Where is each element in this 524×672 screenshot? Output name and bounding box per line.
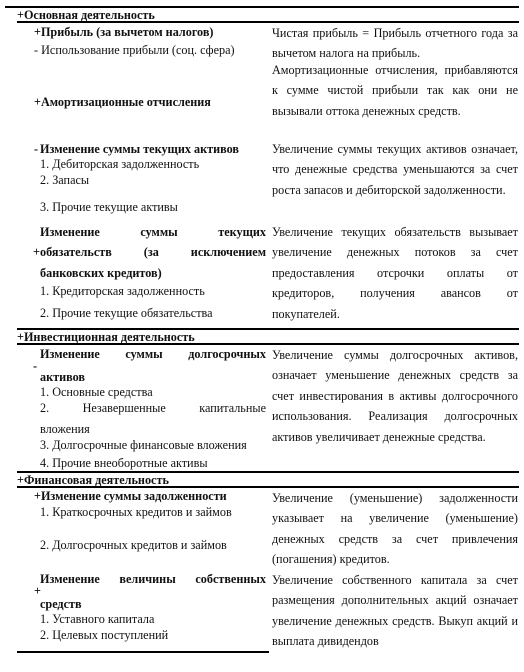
row-sign: + — [33, 245, 40, 259]
table-bottom-rule — [17, 651, 269, 653]
row-explanation: Увеличение текущих обязательств вызывает… — [272, 222, 518, 324]
row-heading-line: Изменение суммы текущих — [40, 225, 266, 239]
row-item: 2. Целевых поступлений — [40, 628, 168, 642]
row-heading-line: средств — [40, 597, 82, 611]
section-title-financing: +Финансовая деятельность — [17, 473, 169, 487]
row-item: 2. Незавершенные капитальные — [40, 401, 266, 415]
row-explanation: Увеличение суммы долгосрочных активов, о… — [272, 345, 518, 447]
row-item: 2. Запасы — [40, 173, 89, 187]
row-item: 1. Уставного капитала — [40, 612, 154, 626]
row-explanation: Увеличение (уменьшение) задолженности ук… — [272, 488, 518, 570]
row-item: 4. Прочие внеоборотные активы — [40, 456, 208, 470]
section-title-operating: +Основная деятельность — [17, 8, 155, 22]
row-heading-line: банковских кредитов) — [40, 266, 162, 280]
section-title-investing: +Инвестиционная деятельность — [17, 330, 195, 344]
row-heading-line: обязательств (за исключением — [40, 245, 266, 259]
row-sign: - — [34, 142, 38, 156]
row-heading: +Прибыль (за вычетом налогов) — [34, 25, 214, 39]
row-item: 1. Основные средства — [40, 385, 153, 399]
row-explanation: Увеличение суммы текущих активов означае… — [272, 139, 518, 200]
row-item: 2. Прочие текущие обязательства — [40, 306, 213, 320]
row-explanation: Чистая прибыль = Прибыль отчетного года … — [272, 23, 518, 64]
row-item: 1. Дебиторская задолженность — [40, 157, 199, 171]
row-heading: Изменение суммы текущих активов — [40, 142, 239, 156]
row-heading: +Изменение суммы задолженности — [34, 489, 227, 503]
row-heading-line: активов — [40, 370, 85, 384]
row-sign: + — [34, 584, 41, 598]
row-item: 3. Долгосрочные финансовые вложения — [40, 438, 247, 452]
row-item: 2. Долгосрочных кредитов и займов — [40, 538, 227, 552]
row-heading: +Амортизационные отчисления — [34, 95, 211, 109]
row-item: 1. Краткосрочных кредитов и займов — [40, 505, 232, 519]
row-heading-line: Изменение величины собственных — [40, 572, 266, 586]
row-item: - Использование прибыли (соц. сфера) — [34, 43, 235, 57]
row-explanation: Амортизационные отчисления, прибавляются… — [272, 60, 518, 121]
row-item: 3. Прочие текущие активы — [40, 200, 178, 214]
row-sign: - — [33, 359, 37, 373]
row-heading-line: Изменение суммы долгосрочных — [40, 347, 266, 361]
row-item: вложения — [40, 422, 90, 436]
row-explanation: Увеличение собственного капитала за счет… — [272, 570, 518, 652]
row-item: 1. Кредиторская задолженность — [40, 284, 205, 298]
